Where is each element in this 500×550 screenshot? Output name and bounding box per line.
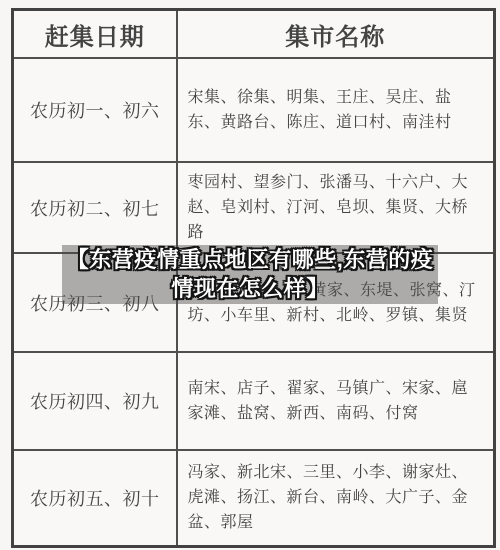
overlay-title-line2: 情现在怎么样】: [62, 274, 438, 303]
date-cell: 农历初二、初七: [13, 162, 177, 253]
header-cell-date: 赶集日期: [13, 10, 177, 59]
overlay-banner: 【东营疫情重点地区有哪些,东营的疫 情现在怎么样】: [62, 245, 438, 304]
table-row: 农历初二、初七 枣园村、望参门、张潘马、十六户、大赵、皂刘村、汀河、皂坝、集贤、…: [13, 162, 495, 253]
header-row: 赶集日期 集市名称: [13, 10, 495, 59]
table-row: 农历初四、初九 南宋、店子、翟家、马镇广、宋家、扈家滩、盐窝、新西、南码、付窝: [13, 352, 495, 450]
markets-cell: 南宋、店子、翟家、马镇广、宋家、扈家滩、盐窝、新西、南码、付窝: [177, 352, 495, 450]
table-row: 农历初五、初十 冯家、新北宋、三里、小李、谢家灶、虎滩、扬江、新台、南岭、大广子…: [13, 450, 495, 546]
markets-cell: 枣园村、望参门、张潘马、十六户、大赵、皂刘村、汀河、皂坝、集贤、大桥路: [177, 162, 495, 253]
overlay-title-line1: 【东营疫情重点地区有哪些,东营的疫: [62, 245, 438, 274]
markets-cell: 宋集、徐集、明集、王庄、吴庄、盐东、黄路台、陈庄、道口村、南洼村: [177, 58, 495, 162]
table-row: 农历初一、初六 宋集、徐集、明集、王庄、吴庄、盐东、黄路台、陈庄、道口村、南洼村: [13, 58, 495, 162]
header-cell-market: 集市名称: [177, 10, 495, 59]
markets-cell: 冯家、新北宋、三里、小李、谢家灶、虎滩、扬江、新台、南岭、大广子、金盆、郭屋: [177, 450, 495, 546]
date-cell: 农历初一、初六: [13, 58, 177, 162]
date-cell: 农历初四、初九: [13, 352, 177, 450]
page: 赶集日期 集市名称 农历初一、初六 宋集、徐集、明集、王庄、吴庄、盐东、黄路台、…: [0, 0, 500, 550]
date-cell: 农历初五、初十: [13, 450, 177, 546]
